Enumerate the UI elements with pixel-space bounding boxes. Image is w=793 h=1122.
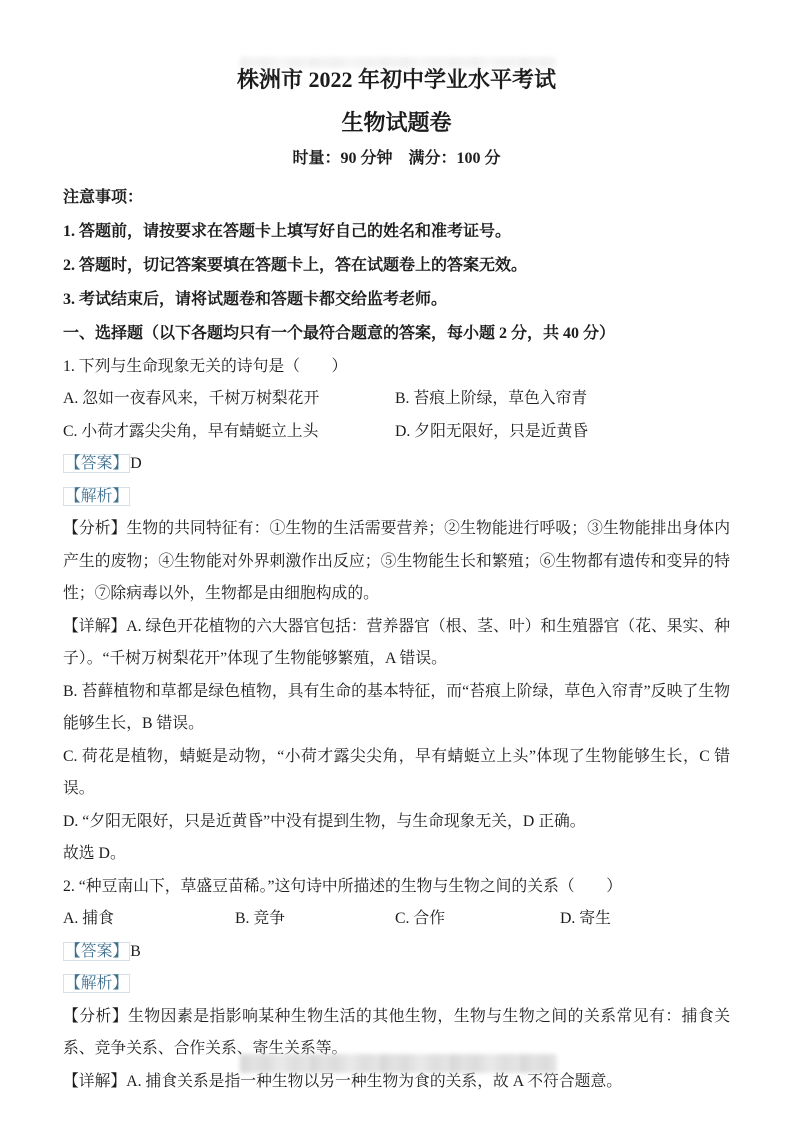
exam-paper: 株洲市 2022 年初中学业水平考试 生物试题卷 时量：90 分钟 满分：100… [63,66,730,1098]
question-1-detail-2: B. 苔藓植物和草都是绿色植物，具有生命的基本特征，而“苔痕上阶绿，草色入帘青”… [63,676,730,741]
question-1-explanation-line: 【解析】 [63,481,730,514]
explanation-label: 【解析】 [63,487,130,506]
question-2-option-b: B. 竞争 [235,903,395,936]
question-2-options-row: A. 捕食 B. 竞争 C. 合作 D. 寄生 [63,903,730,936]
question-2-option-c: C. 合作 [395,903,560,936]
question-1-option-b: B. 苔痕上阶绿，草色入帘青 [395,383,730,416]
watermark-blur-top [240,57,556,68]
question-1-answer-line: 【答案】D [63,448,730,481]
answer-value: B [130,943,141,960]
section-heading: 一、选择题（以下各题均只有一个最符合题意的答案，每小题 2 分，共 40 分） [63,317,730,351]
notice-item-1: 1. 答题前，请按要求在答题卡上填写好自己的姓名和准考证号。 [63,215,730,249]
answer-label: 【答案】 [63,454,130,473]
question-1-conclusion: 故选 D。 [63,838,730,871]
question-1-options-row-2: C. 小荷才露尖尖角，早有蜻蜓立上头 D. 夕阳无限好，只是近黄昏 [63,416,730,449]
notice-item-3: 3. 考试结束后，请将试题卷和答题卡都交给监考老师。 [63,283,730,317]
question-1-option-c: C. 小荷才露尖尖角，早有蜻蜓立上头 [63,416,395,449]
answer-label: 【答案】 [63,942,130,961]
watermark-blur-bottom [240,1054,557,1073]
question-1-analysis: 【分析】生物的共同特征有：①生物的生活需要营养；②生物能进行呼吸；③生物能排出身… [63,513,730,611]
question-1-detail-4: D. “夕阳无限好，只是近黄昏”中没有提到生物，与生命现象无关，D 正确。 [63,806,730,839]
question-2-explanation-line: 【解析】 [63,968,730,1001]
question-2-answer-line: 【答案】B [63,936,730,969]
exam-subtitle: 生物试题卷 [63,109,730,138]
exam-meta: 时量：90 分钟 满分：100 分 [63,149,730,170]
question-1: 1. 下列与生命现象无关的诗句是（ ） A. 忽如一夜春风来，千树万树梨花开 B… [63,351,730,871]
question-1-option-d: D. 夕阳无限好，只是近黄昏 [395,416,730,449]
question-1-option-a: A. 忽如一夜春风来，千树万树梨花开 [63,383,395,416]
notice-heading: 注意事项： [63,181,730,215]
explanation-label: 【解析】 [63,974,130,993]
question-2-option-d: D. 寄生 [560,903,730,936]
notice-item-2: 2. 答题时，切记答案要填在答题卡上，答在试题卷上的答案无效。 [63,249,730,283]
question-2-stem: 2. “种豆南山下，草盛豆苗稀。”这句诗中所描述的生物与生物之间的关系（ ） [63,871,730,904]
question-1-options-row-1: A. 忽如一夜春风来，千树万树梨花开 B. 苔痕上阶绿，草色入帘青 [63,383,730,416]
answer-value: D [130,455,141,472]
question-1-detail-1: 【详解】A. 绿色开花植物的六大器官包括：营养器官（根、茎、叶）和生殖器官（花、… [63,611,730,676]
page-title: 株洲市 2022 年初中学业水平考试 [63,66,730,95]
question-1-detail-3: C. 荷花是植物，蜻蜓是动物，“小荷才露尖尖角，早有蜻蜓立上头”体现了生物能够生… [63,741,730,806]
question-1-stem: 1. 下列与生命现象无关的诗句是（ ） [63,351,730,384]
question-2-option-a: A. 捕食 [63,903,235,936]
